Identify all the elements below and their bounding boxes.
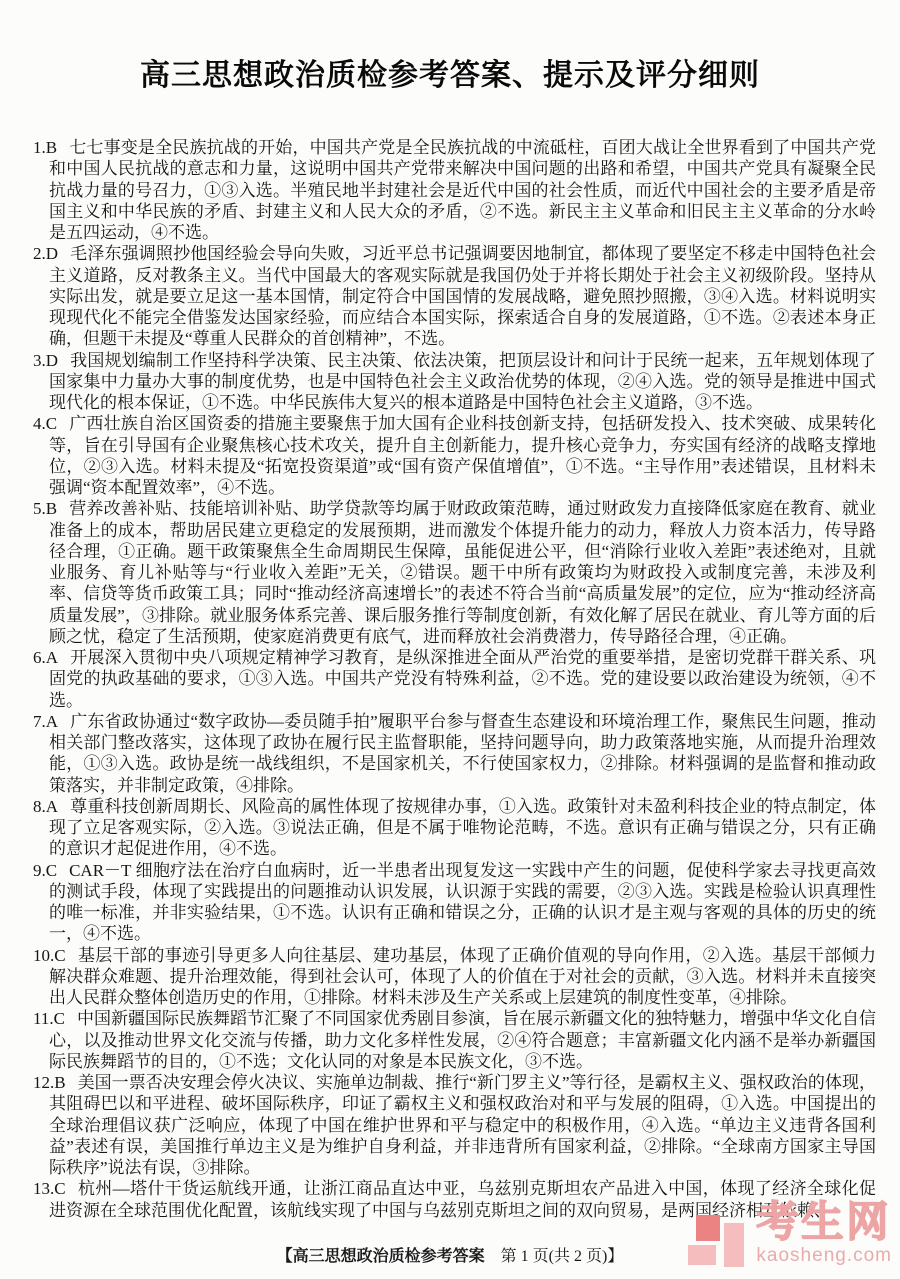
answer-text: 美国一票否决安理会停火决议、实施单边制裁、推行“新门罗主义”等行径，是霸权主义、… xyxy=(49,1073,876,1177)
answer-text: 广东省政协通过“数字政协—委员随手拍”履职平台参与督查生态建设和环境治理工作，聚… xyxy=(49,712,876,795)
answer-item-1: 1.B七七事变是全民族抗战的开始，中国共产党是全民族抗战的中流砥柱，百团大战让全… xyxy=(33,137,876,243)
answer-text: 尊重科技创新周期长、风险高的属性体现了按规律办事，①入选。政策针对未盈利科技企业… xyxy=(49,797,876,859)
answer-text: 基层干部的事迹引导更多人向往基层、建功基层，体现了正确价值观的导向作用，②入选。… xyxy=(49,946,876,1008)
answer-item-9: 9.CCAR－T 细胞疗法在治疗白血病时，近一半患者出现复发这一实践中产生的问题… xyxy=(33,860,876,945)
answer-number: 8.A xyxy=(33,797,58,816)
answer-item-2: 2.D毛泽东强调照抄他国经验会导向失败，习近平总书记强调要因地制宜，都体现了要坚… xyxy=(33,243,876,349)
answer-number: 2.D xyxy=(33,244,58,263)
answer-number: 5.B xyxy=(33,499,57,518)
answer-text: 毛泽东强调照抄他国经验会导向失败，习近平总书记强调要因地制宜，都体现了要坚定不移… xyxy=(49,244,876,348)
answer-text: 营养改善补贴、技能培训补贴、助学贷款等均属于财政政策范畴，通过财政发力直接降低家… xyxy=(49,499,876,646)
answer-number: 12.B xyxy=(33,1073,66,1092)
answer-item-7: 7.A广东省政协通过“数字政协—委员随手拍”履职平台参与督查生态建设和环境治理工… xyxy=(33,711,876,796)
answer-text: 广西壮族自治区国资委的措施主要聚焦于加大国有企业科技创新支持，包括研发投入、技术… xyxy=(49,414,876,497)
answer-number: 9.C xyxy=(33,861,57,880)
answer-item-8: 8.A尊重科技创新周期长、风险高的属性体现了按规律办事，①入选。政策针对未盈利科… xyxy=(33,796,876,860)
footer-page-number: 第 1 页(共 2 页)】 xyxy=(485,1248,624,1265)
answer-item-6: 6.A开展深入贯彻中央八项规定精神学习教育，是纵深推进全面从严治党的重要举措，是… xyxy=(33,647,876,711)
page-title: 高三思想政治质检参考答案、提示及评分细则 xyxy=(0,50,900,94)
answer-number: 4.C xyxy=(33,414,57,433)
page-footer: 【高三思想政治质检参考答案 第 1 页(共 2 页)】 xyxy=(0,1243,900,1266)
answer-item-11: 11.C中国新疆国际民族舞蹈节汇聚了不同国家优秀剧目参演，旨在展示新疆文化的独特… xyxy=(33,1008,876,1072)
answer-number: 6.A xyxy=(33,648,58,667)
answer-number: 1.B xyxy=(33,138,57,157)
answer-item-5: 5.B营养改善补贴、技能培训补贴、助学贷款等均属于财政政策范畴，通过财政发力直接… xyxy=(33,498,876,647)
answer-text: 我国规划编制工作坚持科学决策、民主决策、依法决策，把顶层设计和问计于民统一起来，… xyxy=(49,351,876,413)
answer-item-3: 3.D我国规划编制工作坚持科学决策、民主决策、依法决策，把顶层设计和问计于民统一… xyxy=(33,350,876,414)
answer-item-4: 4.C广西壮族自治区国资委的措施主要聚焦于加大国有企业科技创新支持，包括研发投入… xyxy=(33,413,876,498)
answer-text: 开展深入贯彻中央八项规定精神学习教育，是纵深推进全面从严治党的重要举措，是密切党… xyxy=(49,648,876,710)
footer-document-label: 【高三思想政治质检参考答案 xyxy=(277,1248,485,1265)
answer-number: 13.C xyxy=(33,1179,66,1198)
answer-text: 中国新疆国际民族舞蹈节汇聚了不同国家优秀剧目参演，旨在展示新疆文化的独特魅力，增… xyxy=(49,1009,876,1071)
answer-item-12: 12.B美国一票否决安理会停火决议、实施单边制裁、推行“新门罗主义”等行径，是霸… xyxy=(33,1072,876,1178)
answer-text: 七七事变是全民族抗战的开始，中国共产党是全民族抗战的中流砥柱，百团大战让全世界看… xyxy=(49,138,876,242)
answer-number: 10.C xyxy=(33,946,66,965)
document-page: 高三思想政治质检参考答案、提示及评分细则 1.B七七事变是全民族抗战的开始，中国… xyxy=(0,0,900,1279)
answer-text: 杭州—塔什干货运航线开通，让浙江商品直达中亚，乌兹别克斯坦农产品进入中国，体现了… xyxy=(49,1179,876,1219)
answer-item-13: 13.C杭州—塔什干货运航线开通，让浙江商品直达中亚，乌兹别克斯坦农产品进入中国… xyxy=(33,1178,876,1221)
answer-number: 3.D xyxy=(33,351,58,370)
answer-list: 1.B七七事变是全民族抗战的开始，中国共产党是全民族抗战的中流砥柱，百团大战让全… xyxy=(33,137,876,1221)
answer-text: CAR－T 细胞疗法在治疗白血病时，近一半患者出现复发这一实践中产生的问题，促使… xyxy=(49,861,876,944)
answer-item-10: 10.C基层干部的事迹引导更多人向往基层、建功基层，体现了正确价值观的导向作用，… xyxy=(33,945,876,1009)
answer-number: 11.C xyxy=(33,1009,65,1028)
answer-number: 7.A xyxy=(33,712,58,731)
